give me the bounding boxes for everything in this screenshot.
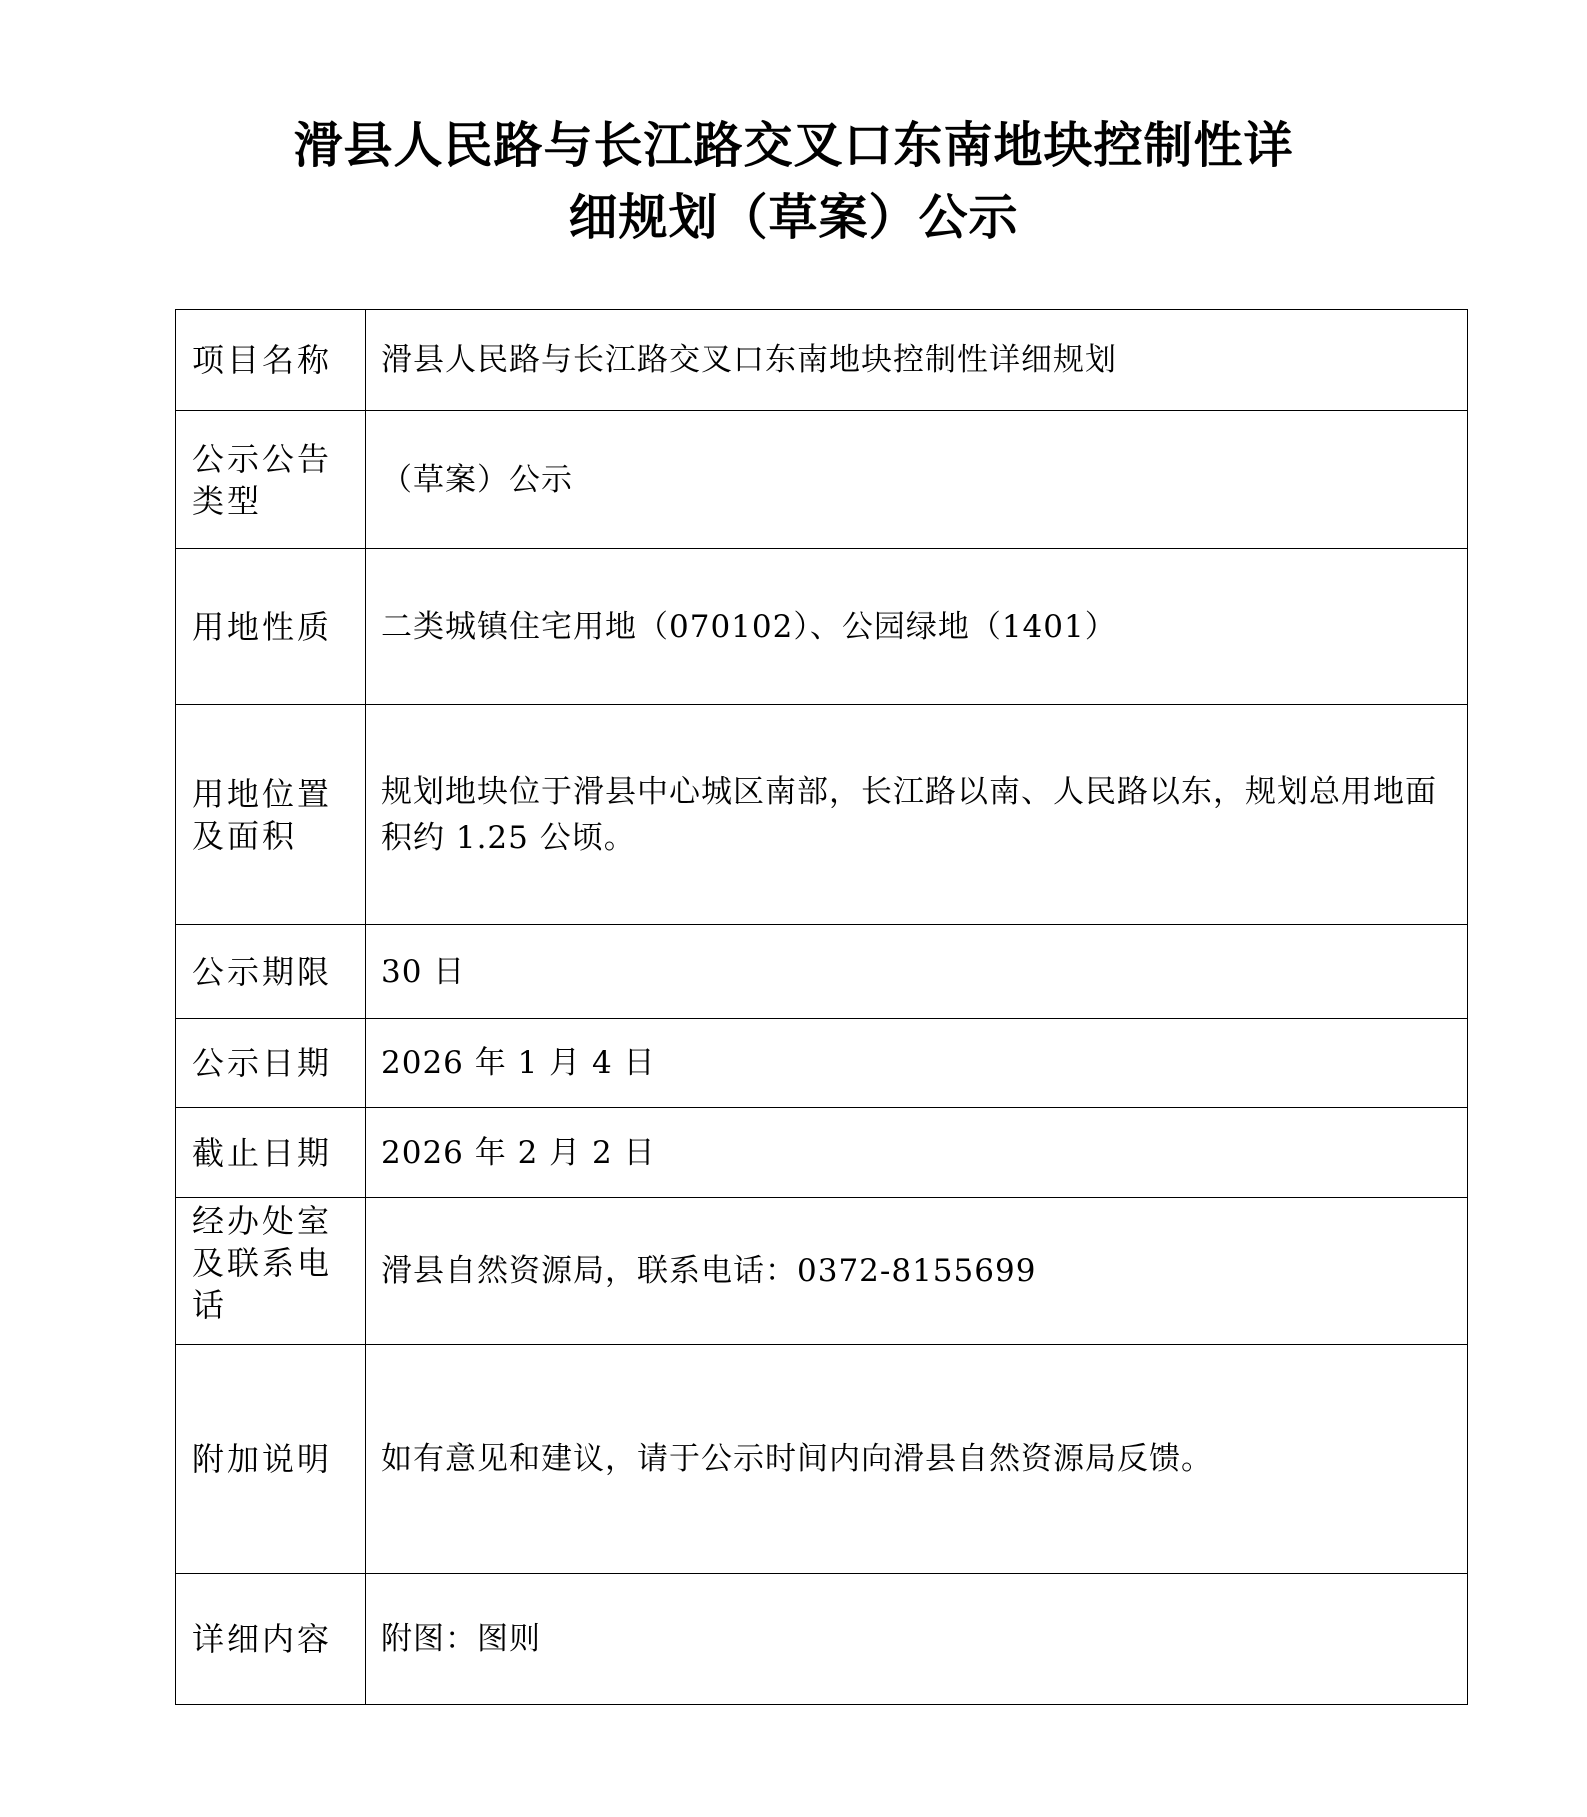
label-text: 经办处室及联系电话 xyxy=(192,1200,359,1326)
label-deadline: 截止日期 xyxy=(176,1108,366,1198)
table-row-details: 详细内容 附图：图则 xyxy=(176,1574,1468,1705)
value-remarks: 如有意见和建议，请于公示时间内向滑县自然资源局反馈。 xyxy=(366,1345,1468,1574)
value-contact: 滑县自然资源局，联系电话：0372-8155699 xyxy=(366,1198,1468,1345)
label-project-name: 项目名称 xyxy=(176,310,366,411)
table-row-notice-type: 公示公告类型 （草案）公示 xyxy=(176,411,1468,549)
table-row-contact: 经办处室及联系电话 滑县自然资源局，联系电话：0372-8155699 xyxy=(176,1198,1468,1345)
label-text: 公示日期 xyxy=(192,1042,359,1084)
label-text: 用地性质 xyxy=(192,606,359,648)
label-text: 用地位置及面积 xyxy=(192,773,359,857)
label-text: 公示公告类型 xyxy=(192,438,332,522)
table-row-location-area: 用地位置及面积 规划地块位于滑县中心城区南部，长江路以南、人民路以东，规划总用地… xyxy=(176,705,1468,925)
label-notice-date: 公示日期 xyxy=(176,1019,366,1108)
label-text: 详细内容 xyxy=(192,1618,359,1660)
label-text: 附加说明 xyxy=(192,1438,359,1480)
label-location-area: 用地位置及面积 xyxy=(176,705,366,925)
table-row-project-name: 项目名称 滑县人民路与长江路交叉口东南地块控制性详细规划 xyxy=(176,310,1468,411)
label-text: 公示期限 xyxy=(192,951,359,993)
title-line-2: 细规划（草案）公示 xyxy=(0,182,1587,254)
value-notice-period: 30 日 xyxy=(366,925,1468,1019)
value-deadline: 2026 年 2 月 2 日 xyxy=(366,1108,1468,1198)
value-notice-date: 2026 年 1 月 4 日 xyxy=(366,1019,1468,1108)
title-line-1: 滑县人民路与长江路交叉口东南地块控制性详 xyxy=(0,110,1587,182)
value-land-use: 二类城镇住宅用地（070102）、公园绿地（1401） xyxy=(366,549,1468,705)
label-notice-type: 公示公告类型 xyxy=(176,411,366,549)
value-notice-type: （草案）公示 xyxy=(366,411,1468,549)
label-text: 截止日期 xyxy=(192,1132,359,1174)
label-notice-period: 公示期限 xyxy=(176,925,366,1019)
table-row-notice-period: 公示期限 30 日 xyxy=(176,925,1468,1019)
label-text: 项目名称 xyxy=(192,339,359,381)
table-row-deadline: 截止日期 2026 年 2 月 2 日 xyxy=(176,1108,1468,1198)
page-title: 滑县人民路与长江路交叉口东南地块控制性详 细规划（草案）公示 xyxy=(0,110,1587,254)
label-land-use: 用地性质 xyxy=(176,549,366,705)
table-row-remarks: 附加说明 如有意见和建议，请于公示时间内向滑县自然资源局反馈。 xyxy=(176,1345,1468,1574)
label-details: 详细内容 xyxy=(176,1574,366,1705)
value-project-name: 滑县人民路与长江路交叉口东南地块控制性详细规划 xyxy=(366,310,1468,411)
table-row-notice-date: 公示日期 2026 年 1 月 4 日 xyxy=(176,1019,1468,1108)
label-remarks: 附加说明 xyxy=(176,1345,366,1574)
value-details-attachment-link: 附图：图则 xyxy=(366,1574,1468,1705)
table-row-land-use: 用地性质 二类城镇住宅用地（070102）、公园绿地（1401） xyxy=(176,549,1468,705)
notice-table: 项目名称 滑县人民路与长江路交叉口东南地块控制性详细规划 公示公告类型 （草案）… xyxy=(175,309,1468,1705)
value-location-area: 规划地块位于滑县中心城区南部，长江路以南、人民路以东，规划总用地面积约 1.25… xyxy=(366,705,1468,925)
label-contact: 经办处室及联系电话 xyxy=(176,1198,366,1345)
